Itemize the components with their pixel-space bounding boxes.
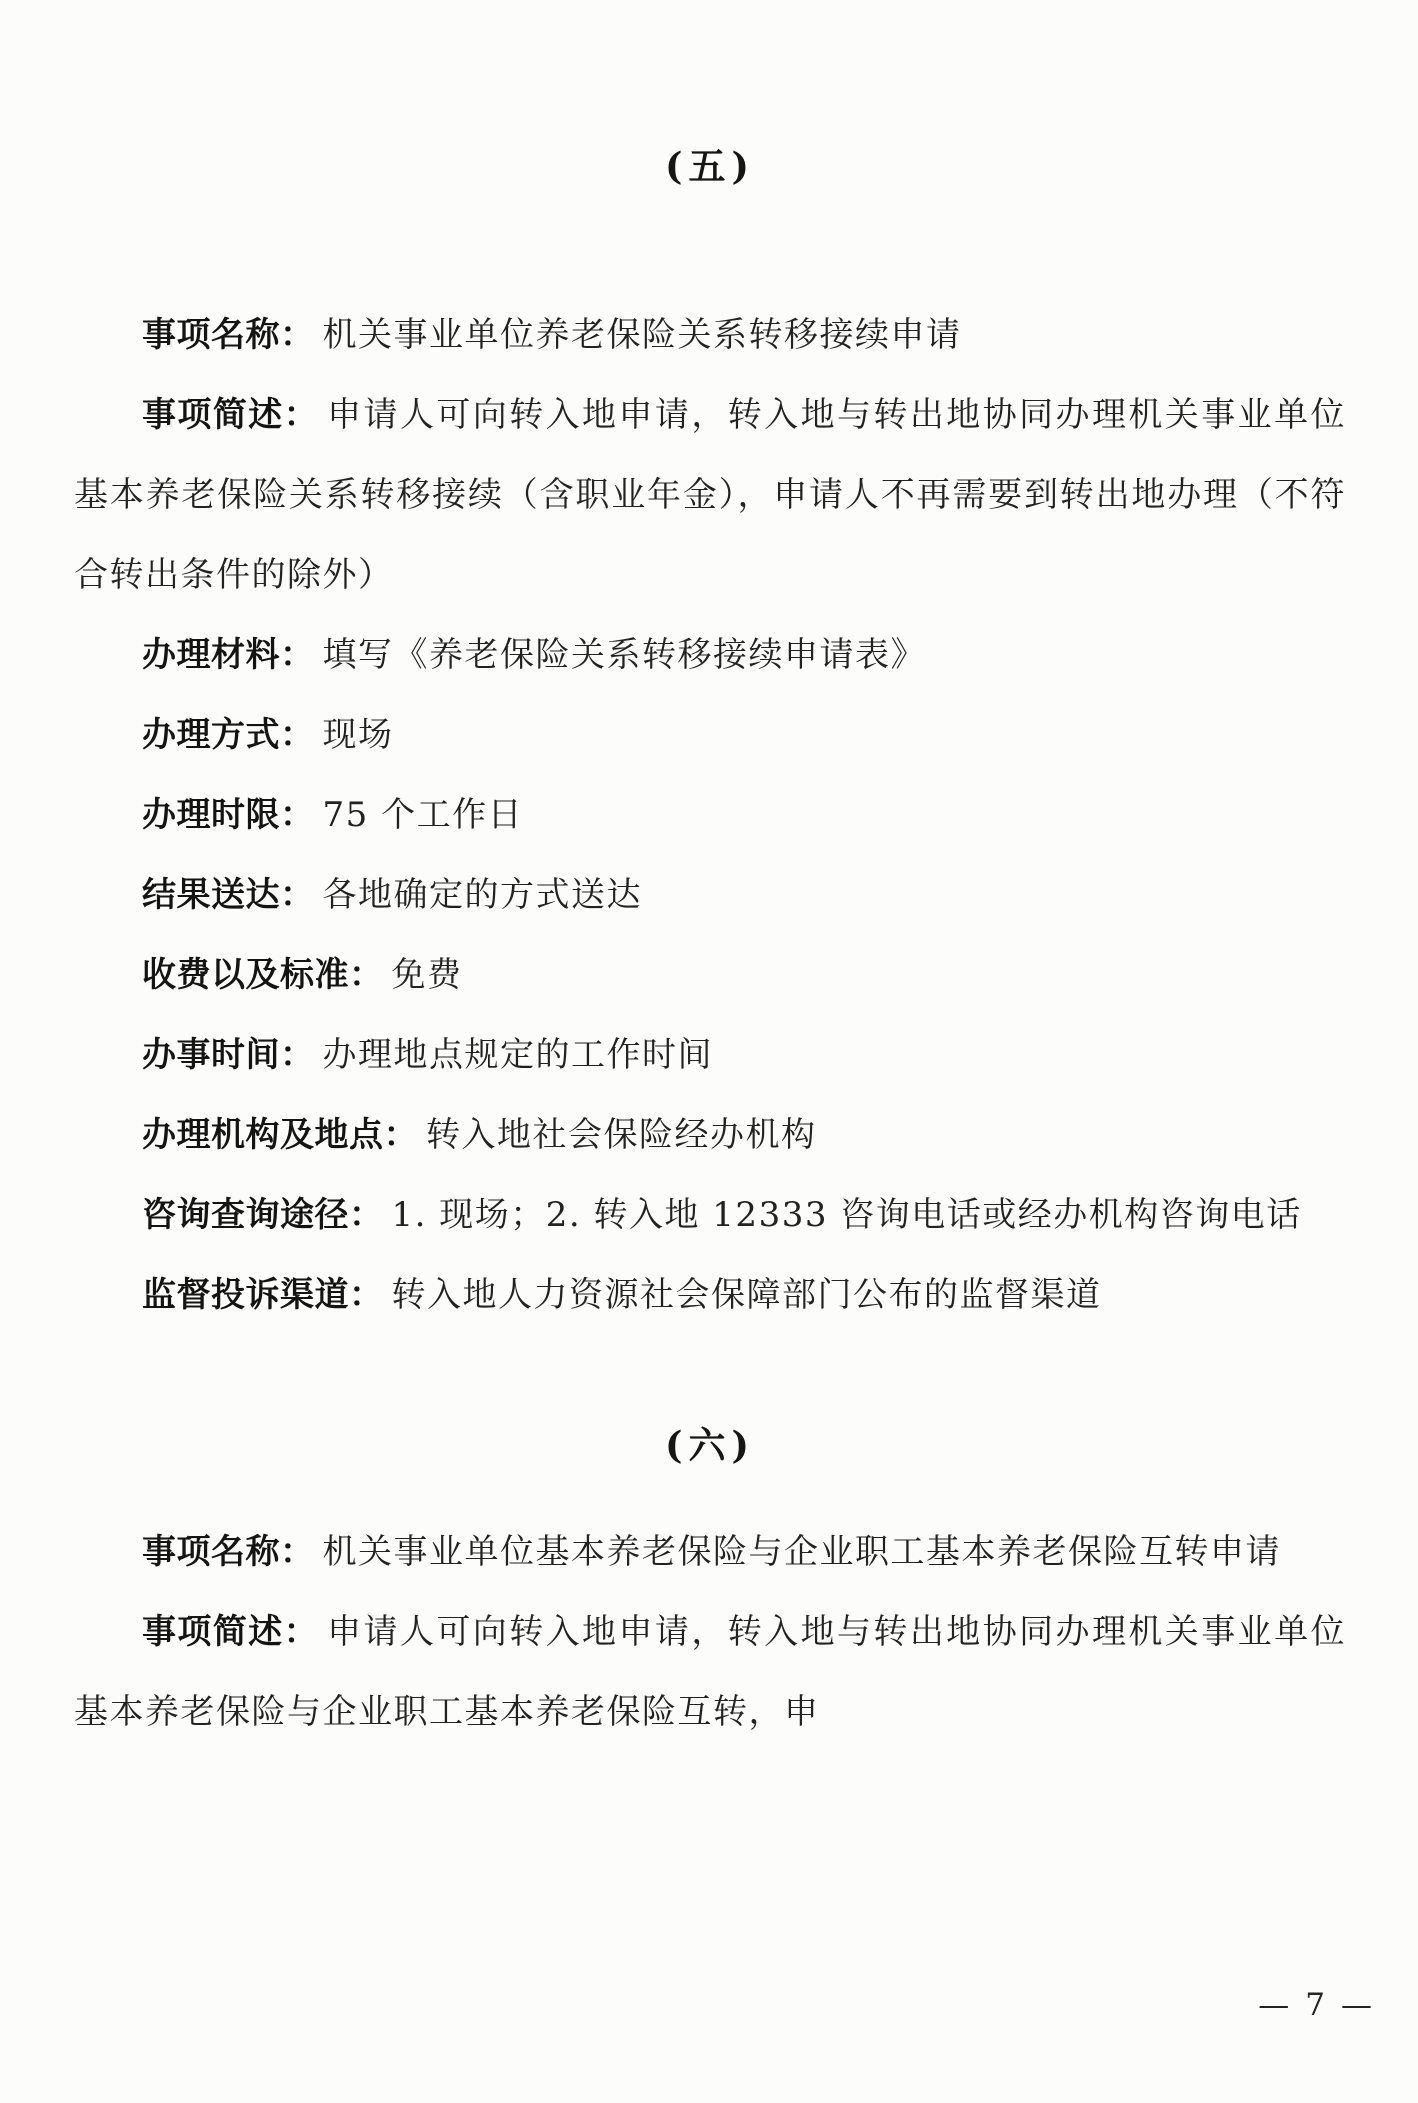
- item-label: 事项简述：: [142, 1612, 319, 1652]
- item-shixiang-mingcheng-6: 事项名称：机关事业单位基本养老保险与企业职工基本养老保险互转申请: [74, 1512, 1346, 1592]
- item-label: 事项简述：: [142, 395, 319, 435]
- item-shoufei-biaozhun: 收费以及标准：免费: [74, 935, 1346, 1015]
- item-text: 填写《养老保险关系转移接续申请表》: [323, 635, 927, 675]
- item-banli-cailiao: 办理材料：填写《养老保险关系转移接续申请表》: [74, 615, 1346, 695]
- item-label: 办理时限：: [142, 795, 315, 835]
- item-text: 办理地点规定的工作时间: [323, 1035, 714, 1075]
- item-label: 结果送达：: [142, 875, 315, 915]
- item-banshi-shijian: 办事时间：办理地点规定的工作时间: [74, 1015, 1346, 1095]
- item-jiandu-tousu-qudao: 监督投诉渠道：转入地人力资源社会保障部门公布的监督渠道: [74, 1255, 1346, 1335]
- page-footer: —7—: [1258, 1987, 1374, 2023]
- item-jieguo-songda: 结果送达：各地确定的方式送达: [74, 855, 1346, 935]
- item-banli-jigou-didian: 办理机构及地点：转入地社会保险经办机构: [74, 1095, 1346, 1175]
- item-label: 咨询查询途径：: [142, 1195, 384, 1235]
- item-label: 办理材料：: [142, 635, 315, 675]
- item-label: 事项名称：: [142, 1532, 315, 1572]
- item-label: 收费以及标准：: [142, 955, 384, 995]
- item-text: 1. 现场；2. 转入地 12333 咨询电话或经办机构咨询电话: [392, 1195, 1302, 1235]
- document-page: (五) 事项名称：机关事业单位养老保险关系转移接续申请 事项简述：申请人可向转入…: [0, 0, 1418, 2103]
- item-label: 事项名称：: [142, 315, 315, 355]
- page-number: 7: [1305, 1987, 1327, 2023]
- item-text: 转入地人力资源社会保障部门公布的监督渠道: [392, 1275, 1102, 1315]
- item-label: 监督投诉渠道：: [142, 1275, 384, 1315]
- item-zixun-chaxun-tujing: 咨询查询途径：1. 现场；2. 转入地 12333 咨询电话或经办机构咨询电话: [74, 1175, 1346, 1255]
- item-banli-shixian: 办理时限：75 个工作日: [74, 775, 1346, 855]
- item-text: 现场: [323, 715, 394, 755]
- section-six-title: (六): [74, 1427, 1346, 1464]
- item-text: 免费: [392, 955, 463, 995]
- item-shixiang-jianshu: 事项简述：申请人可向转入地申请，转入地与转出地协同办理机关事业单位基本养老保险关…: [74, 375, 1346, 615]
- page-number-prefix-dash: —: [1258, 1987, 1291, 2023]
- item-label: 办理机构及地点：: [142, 1115, 418, 1155]
- item-text: 机关事业单位养老保险关系转移接续申请: [323, 315, 962, 355]
- item-label: 办事时间：: [142, 1035, 315, 1075]
- page-content: (五) 事项名称：机关事业单位养老保险关系转移接续申请 事项简述：申请人可向转入…: [0, 0, 1418, 1752]
- item-text: 各地确定的方式送达: [323, 875, 643, 915]
- item-banli-fangshi: 办理方式：现场: [74, 695, 1346, 775]
- item-text: 转入地社会保险经办机构: [426, 1115, 817, 1155]
- item-shixiang-jianshu-6: 事项简述：申请人可向转入地申请，转入地与转出地协同办理机关事业单位基本养老保险与…: [74, 1592, 1346, 1752]
- item-label: 办理方式：: [142, 715, 315, 755]
- item-text: 75 个工作日: [323, 795, 524, 835]
- item-shixiang-mingcheng: 事项名称：机关事业单位养老保险关系转移接续申请: [74, 295, 1346, 375]
- page-number-suffix-dash: —: [1341, 1987, 1374, 2023]
- section-five-title: (五): [74, 148, 1346, 185]
- item-text: 机关事业单位基本养老保险与企业职工基本养老保险互转申请: [323, 1532, 1282, 1572]
